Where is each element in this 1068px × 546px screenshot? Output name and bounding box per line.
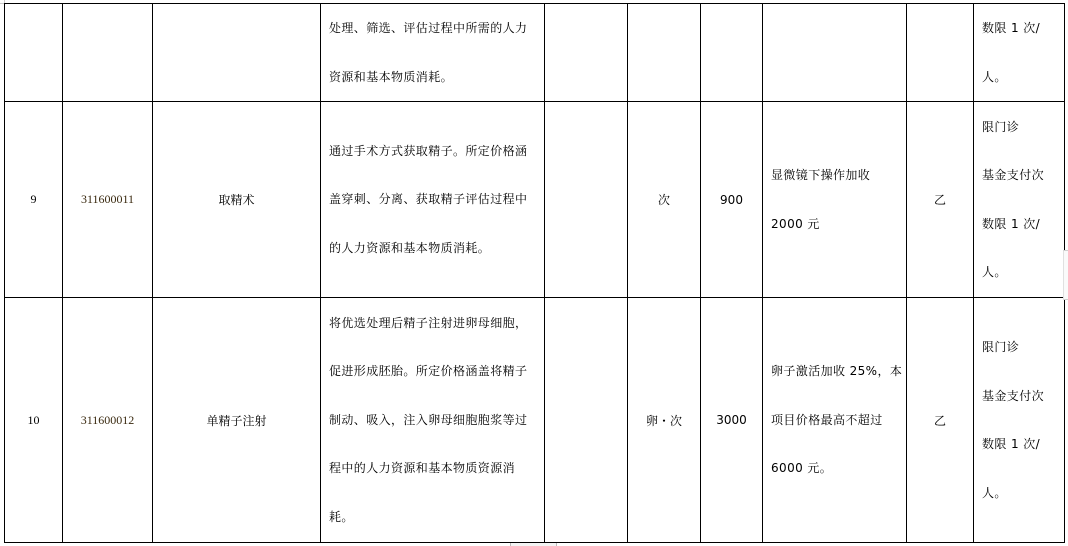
content-cell: 通过手术方式获取精子。所定价格涵 盖穿刺、分离、获取精子评估过程中 的人力资源和…: [321, 102, 545, 298]
remarks-line: 基金支付次: [982, 151, 1058, 200]
name-cell: 单精子注射: [153, 298, 321, 543]
notes-cell: 卵子激活加收 25%，本 项目价格最高不超过 6000 元。: [763, 298, 907, 543]
remarks-line: 限门诊: [982, 323, 1058, 372]
category-cell: 乙: [907, 298, 974, 543]
notes-line: 显微镜下操作加收: [771, 151, 900, 200]
content-line: 资源和基本物质消耗。: [329, 53, 538, 102]
category-cell: [907, 4, 974, 102]
remarks-line: 基金支付次: [982, 372, 1058, 421]
notes-line: 2000 元: [771, 200, 900, 249]
seq-cell: [5, 4, 63, 102]
content-line: 盖穿刺、分离、获取精子评估过程中: [329, 175, 538, 224]
content-line: 的人力资源和基本物质消耗。: [329, 224, 538, 273]
price-cell: 900: [701, 102, 763, 298]
table-row: 处理、筛选、评估过程中所需的人力 资源和基本物质消耗。 数限 1 次/ 人。: [5, 4, 1065, 102]
page-edge-mark: [1063, 250, 1068, 300]
category-cell: 乙: [907, 102, 974, 298]
unit-cell: [628, 4, 701, 102]
content-line: 处理、筛选、评估过程中所需的人力: [329, 4, 538, 53]
content-cell: 处理、筛选、评估过程中所需的人力 资源和基本物质消耗。: [321, 4, 545, 102]
remarks-cell: 数限 1 次/ 人。: [974, 4, 1065, 102]
unit-cell: 次: [628, 102, 701, 298]
content-line: 将优选处理后精子注射进卵母细胞，: [329, 299, 538, 348]
price-cell: [701, 4, 763, 102]
content-line: 耗。: [329, 493, 538, 542]
content-line: 制动、吸入，注入卵母细胞胞浆等过: [329, 396, 538, 445]
table-row: 10 311600012 单精子注射 将优选处理后精子注射进卵母细胞， 促进形成…: [5, 298, 1065, 543]
remarks-line: 人。: [982, 469, 1058, 518]
notes-cell: [763, 4, 907, 102]
code-cell: 311600012: [63, 298, 153, 543]
medical-fee-table: 处理、筛选、评估过程中所需的人力 资源和基本物质消耗。 数限 1 次/ 人。 9…: [4, 3, 1065, 543]
content-line: 促进形成胚胎。所定价格涵盖将精子: [329, 347, 538, 396]
notes-line: 项目价格最高不超过: [771, 396, 900, 445]
remarks-line: 数限 1 次/: [982, 4, 1058, 53]
content-line: 通过手术方式获取精子。所定价格涵: [329, 127, 538, 176]
remarks-line: 人。: [982, 248, 1058, 297]
exclusions-cell: [545, 4, 628, 102]
notes-cell: 显微镜下操作加收 2000 元: [763, 102, 907, 298]
seq-cell: 9: [5, 102, 63, 298]
remarks-line: 数限 1 次/: [982, 420, 1058, 469]
content-line: 程中的人力资源和基本物质资源消: [329, 444, 538, 493]
exclusions-cell: [545, 298, 628, 543]
table-row: 9 311600011 取精术 通过手术方式获取精子。所定价格涵 盖穿刺、分离、…: [5, 102, 1065, 298]
name-cell: [153, 4, 321, 102]
remarks-cell: 限门诊 基金支付次 数限 1 次/ 人。: [974, 298, 1065, 543]
remarks-line: 数限 1 次/: [982, 200, 1058, 249]
remarks-cell: 限门诊 基金支付次 数限 1 次/ 人。: [974, 102, 1065, 298]
name-cell: 取精术: [153, 102, 321, 298]
seq-cell: 10: [5, 298, 63, 543]
content-cell: 将优选处理后精子注射进卵母细胞， 促进形成胚胎。所定价格涵盖将精子 制动、吸入，…: [321, 298, 545, 543]
remarks-line: 限门诊: [982, 103, 1058, 152]
notes-line: 卵子激活加收 25%，本: [771, 347, 900, 396]
code-cell: 311600011: [63, 102, 153, 298]
unit-cell: 卵・次: [628, 298, 701, 543]
remarks-line: 人。: [982, 53, 1058, 102]
code-cell: [63, 4, 153, 102]
notes-line: 6000 元。: [771, 444, 900, 493]
price-cell: 3000: [701, 298, 763, 543]
exclusions-cell: [545, 102, 628, 298]
